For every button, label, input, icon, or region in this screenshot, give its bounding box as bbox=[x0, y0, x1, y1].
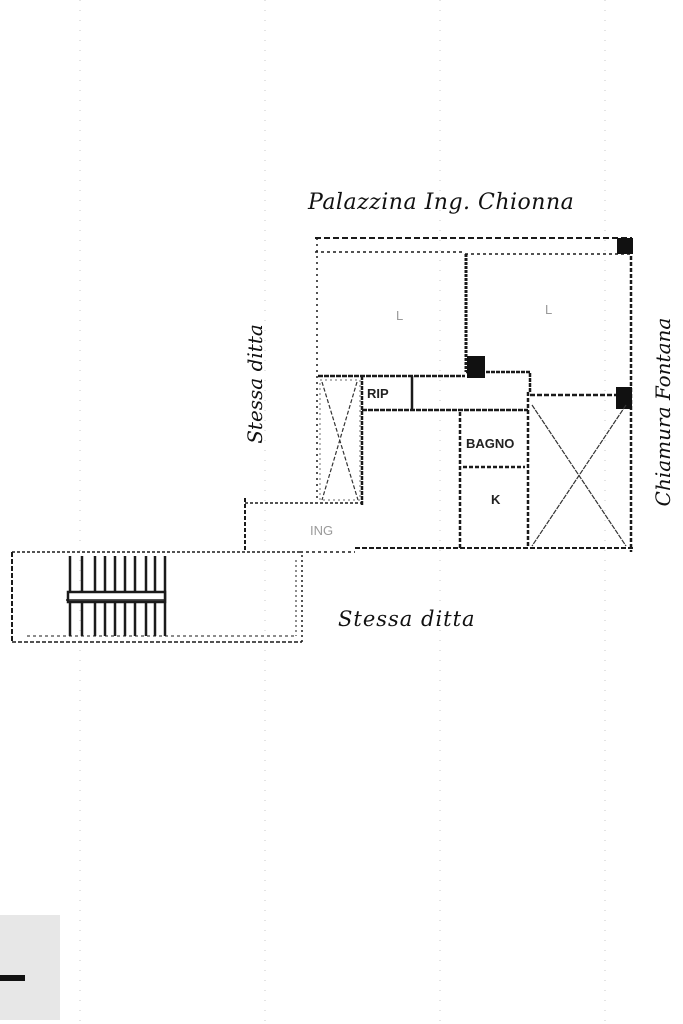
room-label-bagno: BAGNO bbox=[466, 436, 514, 451]
interior-walls bbox=[245, 254, 625, 552]
floor-plan-page: Palazzina Ing. Chionna Stessa ditta Stes… bbox=[0, 0, 683, 1024]
room-label-rip: RIP bbox=[367, 386, 389, 401]
room-label-ing: ING bbox=[310, 523, 333, 538]
label-top-neighbor: Palazzina Ing. Chionna bbox=[308, 190, 574, 215]
label-right-neighbor: Chiamura Fontana bbox=[651, 317, 675, 507]
floor-plan-drawing bbox=[0, 0, 683, 1024]
pillars bbox=[467, 238, 633, 409]
void-markings bbox=[320, 380, 626, 546]
room-label-2: L bbox=[545, 302, 552, 317]
grid-lines bbox=[80, 0, 605, 1024]
scan-artifact bbox=[0, 915, 60, 1020]
stairwell bbox=[12, 552, 355, 642]
label-bottom-neighbor: Stessa ditta bbox=[338, 607, 476, 631]
room-label-1: L bbox=[396, 308, 403, 323]
room-label-kitchen: K bbox=[491, 492, 500, 507]
label-left-neighbor: Stessa ditta bbox=[243, 289, 267, 479]
